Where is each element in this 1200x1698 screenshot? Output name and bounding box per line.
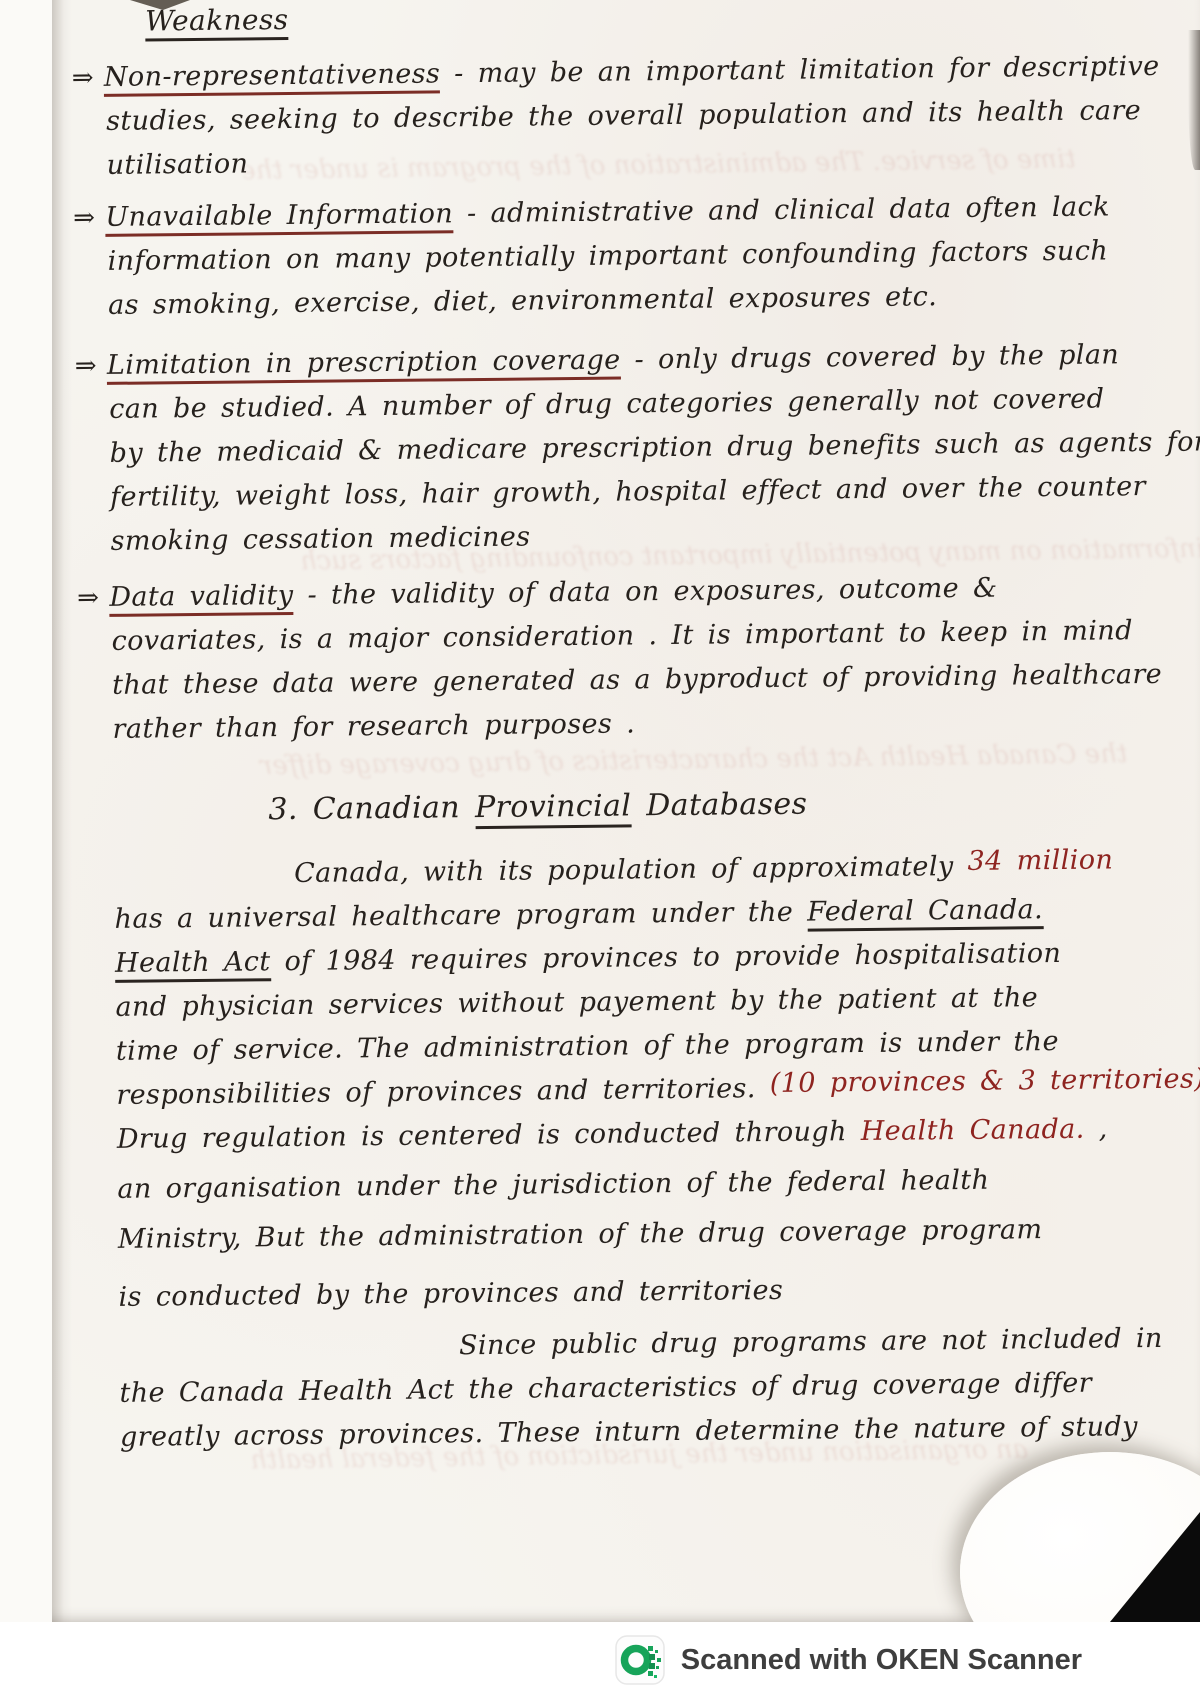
arrow-icon: ⇒ <box>75 349 98 383</box>
bullet-text: - administrative and clinical data often… <box>453 191 1110 229</box>
bullet-text: - may be an important limitation for des… <box>440 51 1160 90</box>
paragraph-line: the Canada Health Act the characteristic… <box>119 1366 1184 1411</box>
paragraph-line: Health Act of 1984 requires provinces to… <box>115 936 1180 981</box>
scanner-footer-label: Scanned with OKEN Scanner <box>681 1644 1082 1677</box>
heading-text: Databases <box>631 787 807 824</box>
bullet-text-line: covariates, is a major consideration . I… <box>111 614 1176 659</box>
bullet-text: - the validity of data on exposures, out… <box>293 573 997 611</box>
bullet-lead: Data validity <box>109 580 293 617</box>
section-heading: 3. Canadian Provincial Databases <box>268 784 1178 828</box>
bullet-text-line: by the medicaid & medicare prescription … <box>110 426 1175 471</box>
paragraph-line: Canada, with its population of approxima… <box>294 848 1179 891</box>
paragraph-text: Drug regulation is centered is conducted… <box>117 1116 861 1155</box>
bullet-text-line: that these data were generated as a bypr… <box>112 658 1177 703</box>
handwritten-notes: Weakness ⇒Non-representativeness - may b… <box>0 0 1200 1456</box>
paragraph-line: Since public drug programs are not inclu… <box>459 1322 1184 1364</box>
bullet-text-line: fertility, weight loss, hair growth, hos… <box>110 470 1175 515</box>
bullet-text-line: studies, seeking to describe the overall… <box>106 94 1171 139</box>
paragraph-text: Canada, with its population of approxima… <box>294 851 968 889</box>
paragraph-text: , <box>1084 1113 1107 1144</box>
bullet-text-line: smoking cessation medicines <box>110 514 1175 559</box>
heading-underlined-text: Provincial <box>475 788 632 829</box>
bullet-text-line: rather than for research purposes . <box>112 702 1177 747</box>
arrow-icon: ⇒ <box>73 201 96 235</box>
page-title: Weakness <box>145 0 1170 38</box>
arrow-icon: ⇒ <box>77 581 100 615</box>
paragraph-line: greatly across provinces. These inturn d… <box>120 1410 1185 1455</box>
bullet-non-representativeness: ⇒Non-representativeness - may be an impo… <box>72 50 1171 96</box>
annotation-red-text: 34 million <box>967 844 1113 877</box>
bullet-lead: Non-representativeness <box>104 58 441 97</box>
bullet-data-validity: ⇒Data validity - the validity of data on… <box>77 570 1176 616</box>
underlined-text: Federal Canada. <box>807 894 1043 931</box>
bullet-text-line: utilisation <box>107 138 1172 183</box>
paragraph-line: Ministry, But the administration of the … <box>118 1212 1183 1257</box>
scanned-page: time of service. The administration of t… <box>0 0 1200 1622</box>
paragraph-line: Drug regulation is centered is conducted… <box>117 1112 1182 1157</box>
paragraph-text: responsibilities of provinces and territ… <box>116 1073 770 1111</box>
paragraph-line: responsibilities of provinces and territ… <box>116 1068 1181 1113</box>
annotation-red-text: Health Canada. <box>861 1114 1085 1147</box>
scanner-footer: Scanned with OKEN Scanner <box>0 1622 1200 1698</box>
bullet-text: - only drugs covered by the plan <box>620 339 1119 375</box>
paragraph-line: time of service. The administration of t… <box>116 1024 1181 1069</box>
bullet-text-line: information on many potentially importan… <box>108 234 1173 279</box>
paragraph-text: has a universal healthcare program under… <box>114 897 807 935</box>
bullet-prescription-coverage: ⇒Limitation in prescription coverage - o… <box>75 338 1174 384</box>
paragraph-line: and physician services without payement … <box>115 980 1180 1025</box>
title-text: Weakness <box>145 3 289 41</box>
underlined-text: Health Act <box>115 946 271 983</box>
bullet-text-line: as smoking, exercise, diet, environmenta… <box>108 278 1173 323</box>
paragraph-line: is conducted by the provinces and territ… <box>118 1270 1183 1315</box>
paragraph-line: has a universal healthcare program under… <box>114 892 1179 937</box>
arrow-icon: ⇒ <box>72 61 95 95</box>
bullet-text-line: can be studied. A number of drug categor… <box>109 382 1174 427</box>
bullet-unavailable-information: ⇒Unavailable Information - administrativ… <box>73 190 1172 236</box>
annotation-red-text: (10 provinces & 3 territories) <box>770 1063 1200 1099</box>
paragraph-text: of 1984 requires provinces to provide ho… <box>270 938 1061 977</box>
paragraph-line: an organisation under the jurisdiction o… <box>117 1162 1182 1207</box>
oken-scanner-logo-icon <box>615 1635 665 1685</box>
heading-text: 3. Canadian <box>268 790 475 827</box>
bullet-lead: Unavailable Information <box>105 198 453 237</box>
bullet-lead: Limitation in prescription coverage <box>107 345 621 385</box>
